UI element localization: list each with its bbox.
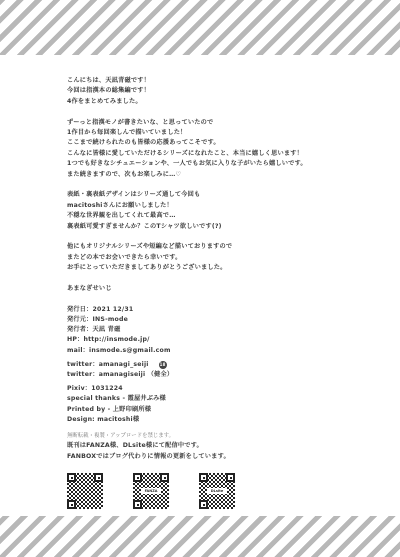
fanbox-notice: FANBOXではブログ代わりに情報の更新をしています。 (67, 452, 367, 462)
design-credit: Design: macitoshi様 (67, 415, 367, 425)
r18-badge-icon: 18 (159, 361, 167, 369)
publisher: 発行元：INS-mode (67, 315, 367, 325)
top-stripe-border (0, 0, 400, 55)
design-paragraph: 表紙・裏表紙デザインはシリーズ通して今回も macitoshiさんにお願いしまし… (67, 190, 367, 232)
qr-label: FANZA (141, 488, 161, 494)
text-line: こんなに皆様に愛していただけるシリーズになれたこと、本当に嬉しく思います！ (67, 149, 367, 159)
text-line: 表紙・裏表紙デザインはシリーズ通して今回も (67, 190, 367, 200)
qr-code-dlsite[interactable]: DLsite (199, 473, 235, 509)
twitter-adult-row: twitter：amanagi_seiji 18 (67, 360, 367, 370)
text-line: 今回は指漢本の総集編です！ (67, 86, 367, 96)
text-line: ここまで続けられたのも皆様の応援あってこそです。 (67, 138, 367, 148)
text-line: 1作目から毎回楽しんで描いていました！ (67, 128, 367, 138)
text-line: こんにちは、天凪青磁です！ (67, 76, 367, 86)
text-line: macitoshiさんにお願いしました！ (67, 201, 367, 211)
twitter-general-link[interactable]: twitter：amanagiseiji （健全） (67, 370, 367, 380)
text-line: ずーっと指漢モノが書きたいな、と思っていたので (67, 118, 367, 128)
issuer: 発行者：天凪 青磁 (67, 325, 367, 335)
bottom-stripe-border (0, 516, 400, 557)
qr-code-fanza[interactable]: FANZA (133, 473, 169, 509)
homepage-link[interactable]: HP：http://insmode.jp/ (67, 335, 367, 345)
printed-by: Printed by - 上野印刷所様 (67, 405, 367, 415)
afterword-content: こんにちは、天凪青磁です！ 今回は指漢本の総集編です！ 4作をまとめてみました。… (67, 76, 367, 462)
text-line: 他にもオリジナルシリーズや短編など描いておりますので (67, 242, 367, 252)
pixiv-id: Pixiv：1031224 (67, 384, 367, 394)
qr-code-fanbox[interactable] (67, 473, 103, 509)
special-thanks: special thanks - 霞屋井ぶみ様 (67, 394, 367, 404)
twitter-adult-link[interactable]: twitter：amanagi_seiji (67, 360, 149, 370)
copyright-notice: 無断転載・複製・アップロードを禁じます。 (67, 431, 367, 441)
qr-code-row: FANZA DLsite (67, 473, 235, 509)
email-link[interactable]: mail：insmode.s@gmail.com (67, 346, 367, 356)
text-line: 4作をまとめてみました。 (67, 97, 367, 107)
text-line: 1つでも好きなシチュエーションや、一人でもお気に入りな子がいたら嬉しいです。 (67, 159, 367, 169)
text-line: 裏表紙可愛すぎませんか？このTシャツ欲しいです(?) (67, 222, 367, 232)
closing-paragraph: 他にもオリジナルシリーズや短編など描いておりますので またどの本でお会いできたら… (67, 242, 367, 273)
issue-date: 発行日：2021 12/31 (67, 305, 367, 315)
series-paragraph: ずーっと指漢モノが書きたいな、と思っていたので 1作目から毎回楽しんで描いていま… (67, 118, 367, 180)
author-signature: あまなぎせいじ (67, 284, 367, 294)
qr-label: DLsite (207, 488, 227, 494)
text-line: お手にとっていただきましてありがとうございました。 (67, 263, 367, 273)
text-line: 不穏な世界観を出してくれて最高で… (67, 211, 367, 221)
distribution-notice: 既刊はFANZA様、DLsite様にて配信中です。 (67, 441, 367, 451)
text-line: また続きますので、次もお楽しみに…♡ (67, 170, 367, 180)
greeting-paragraph: こんにちは、天凪青磁です！ 今回は指漢本の総集編です！ 4作をまとめてみました。 (67, 76, 367, 107)
text-line: またどの本でお会いできたら幸いです。 (67, 253, 367, 263)
colophon: 発行日：2021 12/31 発行元：INS-mode 発行者：天凪 青磁 HP… (67, 305, 367, 425)
